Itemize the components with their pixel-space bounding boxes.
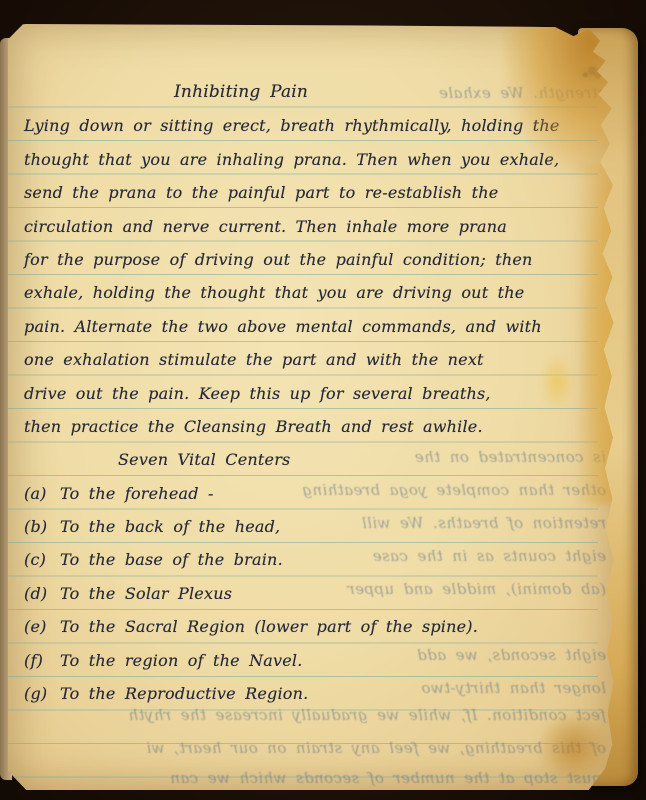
handwritten-line: exhale, holding the thought that you are…: [24, 276, 602, 309]
handwritten-line: pain. Alternate the two above mental com…: [24, 310, 602, 343]
bleedthrough-line: must stop at the number of seconds which…: [20, 769, 606, 787]
list-item-text: To the Solar Plexus: [60, 584, 232, 603]
bleedthrough-line: of this breathing, we feel any strain on…: [20, 739, 606, 757]
photo-backdrop: strength. We exhale is concentrated on t…: [0, 0, 646, 800]
list-item: (f)To the region of the Navel.: [24, 644, 602, 677]
list-item-text: To the forehead -: [60, 484, 214, 503]
list-item-text: To the Sacral Region (lower part of the …: [60, 617, 478, 636]
list-item: (e)To the Sacral Region (lower part of t…: [24, 610, 602, 643]
handwritten-line: circulation and nerve current. Then inha…: [24, 210, 602, 243]
list-item: (c)To the base of the brain.: [24, 543, 602, 576]
handwritten-line: one exhalation stimulate the part and wi…: [24, 343, 602, 376]
list-item-text: To the Reproductive Region.: [60, 684, 308, 703]
handwritten-line: thought that you are inhaling prana. The…: [24, 143, 602, 176]
list-marker: (a): [24, 477, 60, 510]
list-marker: (f): [24, 644, 60, 677]
handwriting-block: Inhibiting Pain Lying down or sitting er…: [24, 76, 602, 710]
list-marker: (c): [24, 543, 60, 576]
handwritten-line: then practice the Cleansing Breath and r…: [24, 410, 602, 443]
list-marker: (b): [24, 510, 60, 543]
list-item-text: To the base of the brain.: [60, 550, 283, 569]
list-marker: (d): [24, 577, 60, 610]
page-title: Inhibiting Pain: [24, 76, 602, 109]
list-item: (g)To the Reproductive Region.: [24, 677, 602, 710]
notebook-page: strength. We exhale is concentrated on t…: [8, 24, 616, 790]
list-item-text: To the back of the head,: [60, 517, 280, 536]
handwritten-line: send the prana to the painful part to re…: [24, 176, 602, 209]
handwritten-line: drive out the pain. Keep this up for sev…: [24, 377, 602, 410]
handwritten-line: Lying down or sitting erect, breath rhyt…: [24, 109, 602, 142]
handwritten-line: for the purpose of driving out the painf…: [24, 243, 602, 276]
list-item: (d)To the Solar Plexus: [24, 577, 602, 610]
list-marker: (e): [24, 610, 60, 643]
list-item-text: To the region of the Navel.: [60, 651, 303, 670]
list-item: (a)To the forehead -: [24, 477, 602, 510]
list-marker: (g): [24, 677, 60, 710]
list-item: (b)To the back of the head,: [24, 510, 602, 543]
section-heading: Seven Vital Centers: [24, 443, 602, 476]
